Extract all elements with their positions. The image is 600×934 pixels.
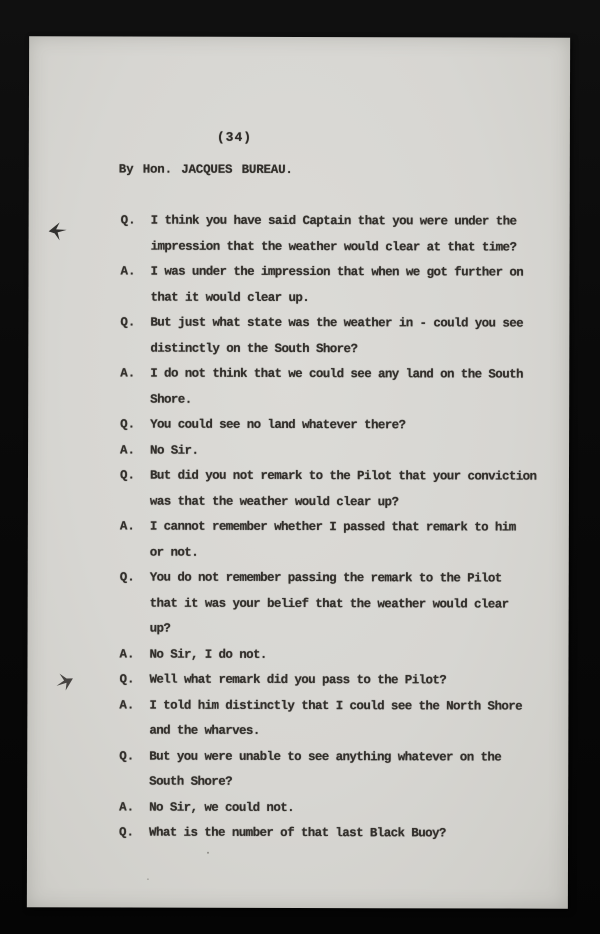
transcript-row: A. No Sir. [120,438,565,465]
transcript-row: A. I do not think that we could see any … [120,362,565,414]
speaker-label: Q. [119,821,149,847]
speaker-label: Q. [120,566,150,592]
transcript-row: A. I was under the impression that when … [120,260,565,312]
speaker-label: A. [120,438,150,464]
speaker-label: A. [120,362,150,388]
transcript-text: What is the number of that last Black Bu… [149,821,564,848]
transcript-text: You could see no land whatever there? [150,413,565,440]
transcript-text: I cannot remember whether I passed that … [150,515,565,567]
transcript-row: A. I cannot remember whether I passed th… [120,515,565,567]
paper-speck [207,852,209,854]
paper-speck [147,879,149,880]
transcript-row: A. I told him distinctly that I could se… [119,693,564,745]
transcript-row: Q. What is the number of that last Black… [119,821,564,848]
examiner-byline: By Hon. JACQUES BUREAU. [119,163,293,177]
transcript-text: No Sir, I do not. [149,642,564,669]
transcript-text: No Sir, we could not. [149,795,564,822]
transcript-text: Well what remark did you pass to the Pil… [149,668,564,695]
transcript-row: Q. You could see no land whatever there? [120,413,565,440]
transcript-text: I was under the impression that when we … [150,260,565,312]
speaker-label: Q. [120,464,150,490]
speaker-label: A. [119,693,149,719]
transcript-text: But just what state was the weather in -… [150,311,565,363]
speaker-label: Q. [119,744,149,770]
transcript-row: Q. I think you have said Captain that yo… [121,209,566,261]
page-number: (34) [217,130,252,145]
document-page: (34) By Hon. JACQUES BUREAU. Q. I think … [27,36,570,908]
speaker-label: Q. [119,668,149,694]
speaker-label: A. [119,795,149,821]
speaker-label: A. [120,260,150,286]
transcript-text: But did you not remark to the Pilot that… [150,464,565,516]
paper-speck [467,223,469,225]
scanned-page-background: (34) By Hon. JACQUES BUREAU. Q. I think … [0,0,600,934]
transcript-text: I told him distinctly that I could see t… [149,693,564,745]
speaker-label: Q. [120,311,150,337]
transcript-row: Q. You do not remember passing the remar… [120,566,565,644]
transcript-text: No Sir. [150,438,565,465]
transcript-text: I think you have said Captain that you w… [151,209,566,261]
ink-blot-mark-lower [50,667,78,695]
speaker-label: Q. [120,413,150,439]
ink-blot-mark-upper [47,220,69,242]
transcript-row: Q. But just what state was the weather i… [120,311,565,363]
transcript-row: Q. But you were unable to see anything w… [119,744,564,796]
speaker-label: Q. [121,209,151,235]
speaker-label: A. [120,515,150,541]
transcript-row: Q. Well what remark did you pass to the … [119,668,564,695]
transcript-text: You do not remember passing the remark t… [150,566,565,644]
transcript-row: A. No Sir, we could not. [119,795,564,822]
transcript-body: Q. I think you have said Captain that yo… [119,209,566,848]
transcript-text: I do not think that we could see any lan… [150,362,565,414]
transcript-row: Q. But did you not remark to the Pilot t… [120,464,565,516]
transcript-row: A. No Sir, I do not. [119,642,564,669]
speaker-label: A. [119,642,149,668]
transcript-text: But you were unable to see anything what… [149,744,564,796]
